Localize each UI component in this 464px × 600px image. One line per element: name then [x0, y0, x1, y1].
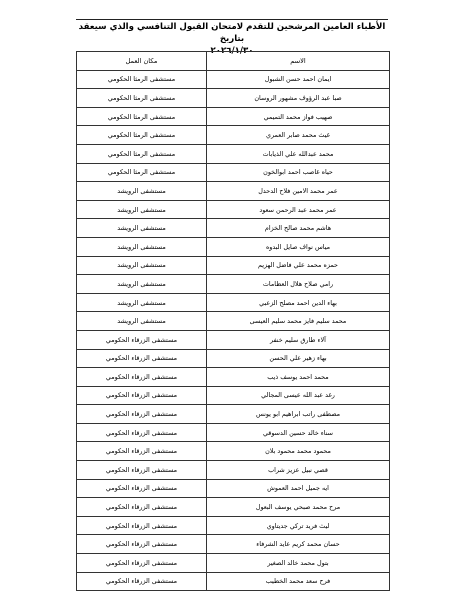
- cell-workplace: مستشفى الرويشد: [77, 237, 207, 256]
- cell-workplace: مستشفى الزرقاء الحكومي: [77, 368, 207, 387]
- cell-name: محمود محمد محمود بلان: [207, 442, 390, 461]
- cell-workplace: مستشفى الزرقاء الحكومي: [77, 554, 207, 573]
- cell-name: قصي نبيل عزيز شراب: [207, 461, 390, 480]
- cell-workplace: مستشفى الرويشد: [77, 219, 207, 238]
- cell-workplace: مستشفى الزرقاء الحكومي: [77, 349, 207, 368]
- cell-name: فرح سعد محمد الخطيب: [207, 572, 390, 591]
- cell-workplace: مستشفى الرويشد: [77, 200, 207, 219]
- table-row: محمود محمد محمود بلانمستشفى الزرقاء الحك…: [77, 442, 390, 461]
- cell-workplace: مستشفى الزرقاء الحكومي: [77, 535, 207, 554]
- table-row: رغد عبد الله عيسى المجاليمستشفى الزرقاء …: [77, 386, 390, 405]
- cell-name: رامي صلاح هلال العظامات: [207, 275, 390, 294]
- table-row: ايمان احمد حسن الشبولمستشفى الرمثا الحكو…: [77, 70, 390, 89]
- cell-name: صبا عبد الرؤوف مشهور الروسان: [207, 89, 390, 108]
- table-row: بهاء زهير علي الحسنمستشفى الزرقاء الحكوم…: [77, 349, 390, 368]
- table-row: مياس نواف صايل البدوهمستشفى الرويشد: [77, 237, 390, 256]
- table-row: حياه غاصب احمد ابوالخونمستشفى الرمثا الح…: [77, 163, 390, 182]
- title-line-1: الأطباء العامين المرشحين للتقدم لامتحان …: [79, 22, 386, 44]
- cell-name: ايه جميل احمد العموش: [207, 479, 390, 498]
- table-row: صبا عبد الرؤوف مشهور الروسانمستشفى الرمث…: [77, 89, 390, 108]
- cell-workplace: مستشفى الرويشد: [77, 182, 207, 201]
- cell-workplace: مستشفى الرمثا الحكومي: [77, 107, 207, 126]
- cell-workplace: مستشفى الزرقاء الحكومي: [77, 498, 207, 517]
- cell-workplace: مستشفى الرويشد: [77, 275, 207, 294]
- cell-workplace: مستشفى الزرقاء الحكومي: [77, 442, 207, 461]
- table-row: صهيب فواز محمد التميميمستشفى الرمثا الحك…: [77, 107, 390, 126]
- cell-workplace: مستشفى الزرقاء الحكومي: [77, 461, 207, 480]
- cell-name: حسان محمد كريم عايد الشرفاء: [207, 535, 390, 554]
- table-row: محمد سليم فايز محمد سليم العيسىمستشفى ال…: [77, 312, 390, 331]
- cell-name: ايمان احمد حسن الشبول: [207, 70, 390, 89]
- cell-name: عمر محمد الامين فلاح الدحدل: [207, 182, 390, 201]
- cell-workplace: مستشفى الزرقاء الحكومي: [77, 516, 207, 535]
- table-row: آلاء طارق سليم خنفرمستشفى الزرقاء الحكوم…: [77, 330, 390, 349]
- table-row: مصطفى راتب ابراهيم ابو يونسمستشفى الزرقا…: [77, 405, 390, 424]
- cell-name: رغد عبد الله عيسى المجالي: [207, 386, 390, 405]
- table-row: محمد عبدالله علي الذياباتمستشفى الرمثا ا…: [77, 144, 390, 163]
- table-row: قصي نبيل عزيز شرابمستشفى الزرقاء الحكومي: [77, 461, 390, 480]
- cell-workplace: مستشفى الرمثا الحكومي: [77, 163, 207, 182]
- cell-name: آلاء طارق سليم خنفر: [207, 330, 390, 349]
- cell-workplace: مستشفى الرمثا الحكومي: [77, 126, 207, 145]
- cell-workplace: مستشفى الرمثا الحكومي: [77, 70, 207, 89]
- table-row: فرح سعد محمد الخطيبمستشفى الزرقاء الحكوم…: [77, 572, 390, 591]
- table-row: ليث فريد تركي جديتاويمستشفى الزرقاء الحك…: [77, 516, 390, 535]
- cell-name: حمزه محمد علي فاضل الهزيم: [207, 256, 390, 275]
- table-row: بتول محمد خالد الصغيرمستشفى الزرقاء الحك…: [77, 554, 390, 573]
- table-row: حسان محمد كريم عايد الشرفاءمستشفى الزرقا…: [77, 535, 390, 554]
- cell-workplace: مستشفى الزرقاء الحكومي: [77, 572, 207, 591]
- cell-workplace: مستشفى الرمثا الحكومي: [77, 89, 207, 108]
- table-row: سناء خالد حسين الدسوقيمستشفى الزرقاء الح…: [77, 423, 390, 442]
- cell-name: ليث فريد تركي جديتاوي: [207, 516, 390, 535]
- cell-name: سناء خالد حسين الدسوقي: [207, 423, 390, 442]
- header-name: الاسم: [207, 52, 390, 71]
- cell-name: مياس نواف صايل البدوه: [207, 237, 390, 256]
- table-row: عمر محمد عبد الرحمن سعودمستشفى الرويشد: [77, 200, 390, 219]
- cell-name: حياه غاصب احمد ابوالخون: [207, 163, 390, 182]
- table-row: مرح محمد صبحي يوسف البعولمستشفى الزرقاء …: [77, 498, 390, 517]
- cell-name: محمد احمد يوسف ذيب: [207, 368, 390, 387]
- cell-name: عمر محمد عبد الرحمن سعود: [207, 200, 390, 219]
- cell-workplace: مستشفى الزرقاء الحكومي: [77, 386, 207, 405]
- table-row: غيث محمد صابر العمريمستشفى الرمثا الحكوم…: [77, 126, 390, 145]
- table-row: ايه جميل احمد العموشمستشفى الزرقاء الحكو…: [77, 479, 390, 498]
- cell-name: بهاء زهير علي الحسن: [207, 349, 390, 368]
- cell-name: بهاء الدين احمد مصلح الزعبي: [207, 293, 390, 312]
- cell-name: صهيب فواز محمد التميمي: [207, 107, 390, 126]
- cell-workplace: مستشفى الزرقاء الحكومي: [77, 479, 207, 498]
- table-row: رامي صلاح هلال العظاماتمستشفى الرويشد: [77, 275, 390, 294]
- top-rule: [76, 19, 388, 20]
- cell-workplace: مستشفى الزرقاء الحكومي: [77, 330, 207, 349]
- cell-workplace: مستشفى الزرقاء الحكومي: [77, 423, 207, 442]
- cell-workplace: مستشفى الرويشد: [77, 256, 207, 275]
- table-row: هاشم محمد صالح الخزاممستشفى الرويشد: [77, 219, 390, 238]
- table-row: عمر محمد الامين فلاح الدحدلمستشفى الرويش…: [77, 182, 390, 201]
- table-row: بهاء الدين احمد مصلح الزعبيمستشفى الرويش…: [77, 293, 390, 312]
- candidates-table: الاسم مكان العمل ايمان احمد حسن الشبولمس…: [76, 51, 390, 591]
- table-row: حمزه محمد علي فاضل الهزيممستشفى الرويشد: [77, 256, 390, 275]
- cell-name: بتول محمد خالد الصغير: [207, 554, 390, 573]
- cell-workplace: مستشفى الرويشد: [77, 293, 207, 312]
- cell-name: غيث محمد صابر العمري: [207, 126, 390, 145]
- cell-workplace: مستشفى الزرقاء الحكومي: [77, 405, 207, 424]
- table-row: محمد احمد يوسف ذيبمستشفى الزرقاء الحكومي: [77, 368, 390, 387]
- header-workplace: مكان العمل: [77, 52, 207, 71]
- table-header-row: الاسم مكان العمل: [77, 52, 390, 71]
- cell-workplace: مستشفى الرمثا الحكومي: [77, 144, 207, 163]
- cell-name: مرح محمد صبحي يوسف البعول: [207, 498, 390, 517]
- cell-name: محمد عبدالله علي الذيابات: [207, 144, 390, 163]
- cell-workplace: مستشفى الرويشد: [77, 312, 207, 331]
- cell-name: محمد سليم فايز محمد سليم العيسى: [207, 312, 390, 331]
- cell-name: هاشم محمد صالح الخزام: [207, 219, 390, 238]
- cell-name: مصطفى راتب ابراهيم ابو يونس: [207, 405, 390, 424]
